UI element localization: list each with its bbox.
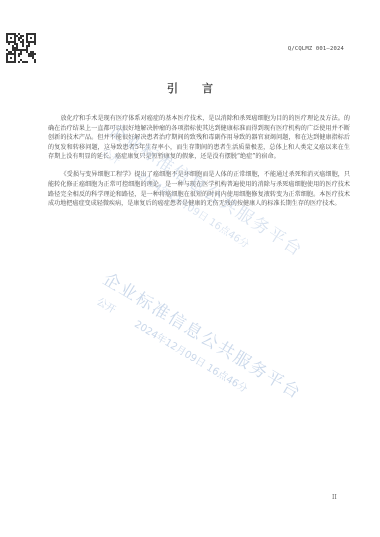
- document-body: 放化疗和手术是现有医疗体系对癌症的基本医疗技术，是以消除和杀死癌细胞为目的的医疗…: [48, 114, 350, 209]
- paragraph-1: 放化疗和手术是现有医疗体系对癌症的基本医疗技术，是以消除和杀死癌细胞为目的的医疗…: [48, 114, 350, 162]
- paragraph-2: 《受损与变异细胞工程学》提出了癌细胞不是坏细胞而是人体的正常细胞，不能通过杀死和…: [48, 170, 350, 208]
- watermark-platform: 企业标准信息公共服务平台: [99, 265, 307, 404]
- watermark-datetime: 2024年12月09日 16点46分: [132, 319, 249, 395]
- document-code: Q/CQLMZ 001—2024: [288, 46, 344, 52]
- qr-code-icon: [6, 33, 36, 63]
- watermark-meta: 公开2024年12月09日 16点46分: [94, 293, 292, 420]
- watermark-2: 企业标准信息公共服务平台 公开2024年12月09日 16点46分: [89, 265, 307, 420]
- watermark-status: 公开: [94, 296, 117, 316]
- page-title: 引言: [0, 80, 380, 96]
- title-char-2: 言: [202, 80, 213, 96]
- title-char-1: 引: [167, 80, 178, 96]
- page-number: II: [332, 494, 337, 501]
